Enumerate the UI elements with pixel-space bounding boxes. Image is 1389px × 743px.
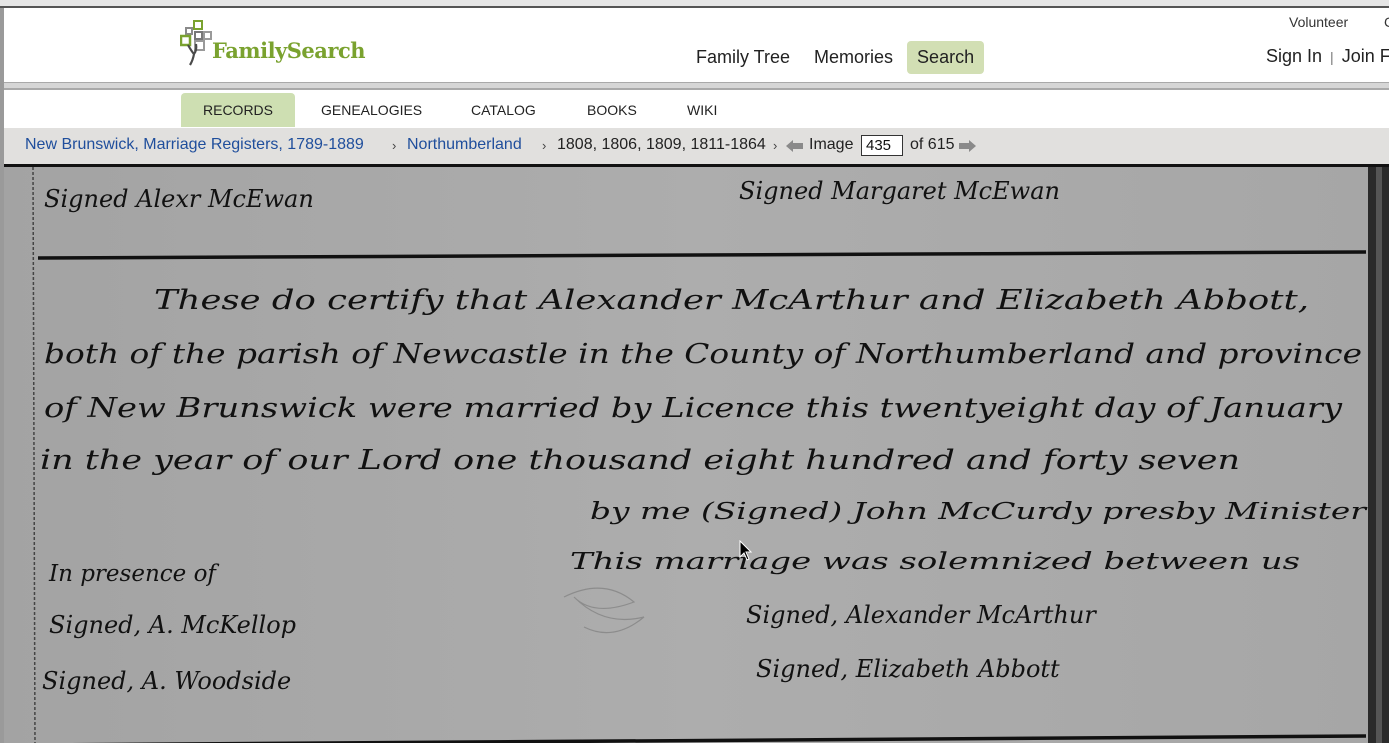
mouse-pointer-icon bbox=[739, 540, 753, 562]
breadcrumb-separator: › bbox=[542, 138, 546, 153]
breadcrumb-separator: › bbox=[773, 138, 777, 153]
search-subnav: RECORDS GENEALOGIES CATALOG BOOKS WIKI bbox=[0, 90, 1389, 128]
previous-image-arrow-icon[interactable] bbox=[786, 140, 804, 152]
image-label: Image bbox=[809, 136, 853, 154]
certificate-line-3: of New Brunswick were married by Licence… bbox=[44, 393, 1343, 424]
certificate-line-4: in the year of our Lord one thousand eig… bbox=[40, 445, 1240, 476]
tab-records[interactable]: RECORDS bbox=[181, 93, 295, 127]
breadcrumb-volume: 1808, 1806, 1809, 1811-1864 bbox=[557, 136, 766, 154]
volunteer-link[interactable]: Volunteer bbox=[1289, 14, 1348, 30]
image-number-input[interactable]: 435 bbox=[861, 135, 903, 156]
tab-catalog[interactable]: CATALOG bbox=[449, 93, 558, 127]
primary-nav: Family Tree Memories Search bbox=[686, 41, 984, 74]
record-image-viewer[interactable]: Signed Alexr McEwan Signed Margaret McEw… bbox=[4, 164, 1389, 743]
auth-links: Sign In | Join F bbox=[1266, 46, 1389, 67]
image-total-label: of 615 bbox=[910, 136, 954, 154]
certificate-line-1: These do certify that Alexander McArthur… bbox=[154, 285, 1309, 316]
join-link[interactable]: Join F bbox=[1342, 46, 1389, 67]
tree-logo-icon bbox=[180, 20, 214, 66]
groom-signature: Signed, Alexander McArthur bbox=[746, 601, 1097, 629]
minister-signature-line: by me (Signed) John McCurdy presby Minis… bbox=[590, 499, 1369, 525]
logo-text: FamilySearch bbox=[212, 38, 365, 63]
familysearch-logo[interactable]: FamilySearch bbox=[180, 20, 365, 66]
window-left-edge bbox=[0, 8, 4, 743]
bride-signature: Signed, Elizabeth Abbott bbox=[756, 655, 1060, 683]
tab-books[interactable]: BOOKS bbox=[565, 93, 659, 127]
next-image-arrow-icon[interactable] bbox=[958, 140, 976, 152]
breadcrumb-collection-link[interactable]: New Brunswick, Marriage Registers, 1789-… bbox=[25, 136, 364, 154]
breadcrumb-separator: › bbox=[392, 138, 396, 153]
browser-top-strip bbox=[0, 0, 1389, 8]
sign-in-link[interactable]: Sign In bbox=[1266, 46, 1322, 67]
witness-1-signature: Signed, A. McKellop bbox=[49, 611, 296, 639]
certificate-line-2: both of the parish of Newcastle in the C… bbox=[44, 339, 1362, 370]
utility-link-truncated[interactable]: C bbox=[1384, 14, 1389, 30]
nav-search[interactable]: Search bbox=[907, 41, 984, 74]
breadcrumb-county-link[interactable]: Northumberland bbox=[407, 136, 522, 154]
header-divider bbox=[0, 82, 1389, 90]
top-groom-signature: Signed Alexr McEwan bbox=[44, 185, 314, 213]
solemnized-line: This marriage was solemnized between us bbox=[570, 549, 1300, 575]
site-header: FamilySearch Family Tree Memories Search… bbox=[0, 8, 1389, 82]
witness-2-signature: Signed, A. Woodside bbox=[42, 667, 291, 695]
nav-memories[interactable]: Memories bbox=[804, 41, 903, 74]
nav-family-tree[interactable]: Family Tree bbox=[686, 41, 800, 74]
auth-separator: | bbox=[1330, 49, 1334, 65]
top-bride-signature: Signed Margaret McEwan bbox=[739, 177, 1060, 205]
tab-wiki[interactable]: WIKI bbox=[665, 93, 739, 127]
tab-genealogies[interactable]: GENEALOGIES bbox=[299, 93, 444, 127]
in-presence-of-label: In presence of bbox=[48, 561, 219, 587]
handwritten-register-page: Signed Alexr McEwan Signed Margaret McEw… bbox=[4, 167, 1389, 743]
breadcrumb: New Brunswick, Marriage Registers, 1789-… bbox=[0, 128, 1389, 164]
